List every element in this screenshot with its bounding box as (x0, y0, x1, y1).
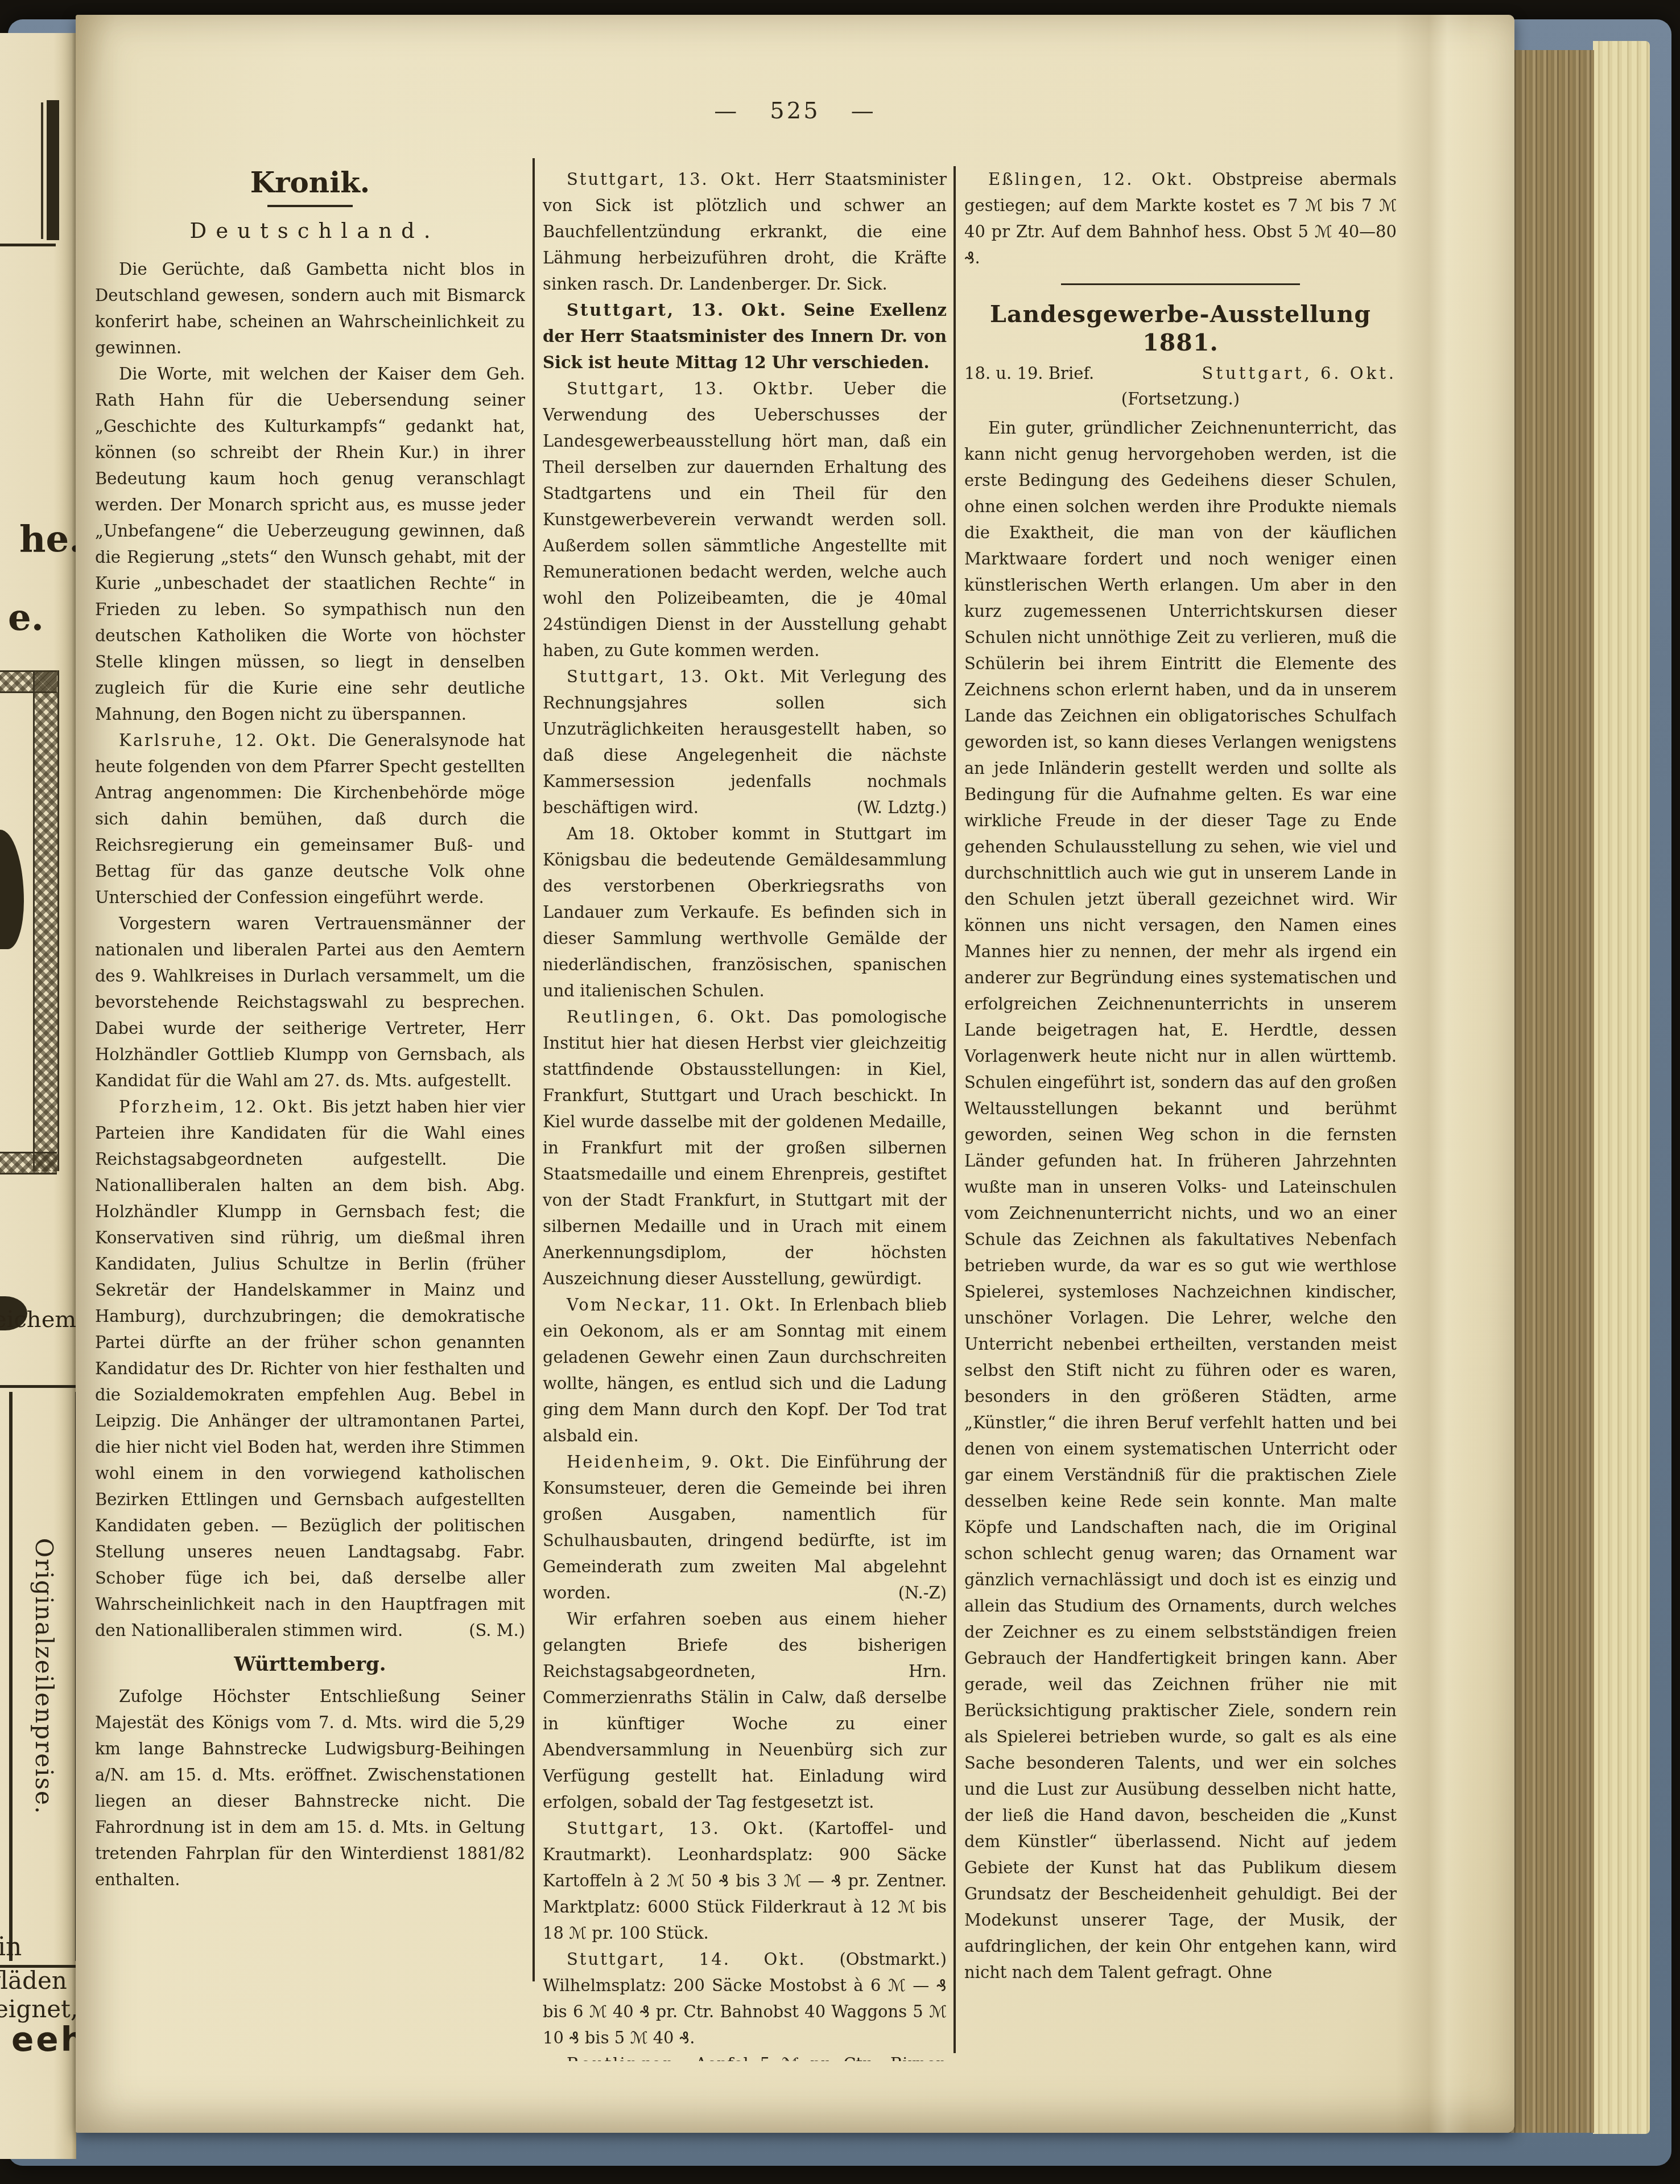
paragraph-source: (S. M.) (445, 1617, 525, 1643)
previous-page-rule-thick (47, 100, 59, 240)
page-crease (1396, 15, 1470, 2133)
article-byline: 18. u. 19. Brief.Stuttgart, 6. Okt. (964, 360, 1397, 386)
column-2: Stuttgart, 13. Okt. Herr Staatsminister … (543, 166, 947, 2061)
price-label-frame: Originalzeilenpreise. (9, 1392, 76, 1961)
news-paragraph: Ein guter, gründlicher Zeichnenunterrich… (964, 415, 1397, 1985)
byline-installment: 18. u. 19. Brief. (964, 360, 1094, 386)
paragraph-dateline: Stuttgart, 14. Okt. (567, 1950, 839, 1969)
prev-page-text-fragment: in (0, 1932, 22, 1962)
fore-edge-pages-cream (1593, 41, 1650, 2134)
news-paragraph: Die Gerüchte, daß Gambetta nicht blos in… (95, 256, 525, 361)
paragraph-dateline: Karlsruhe, 12. Okt. (119, 731, 328, 750)
fore-edge-pages-brown (1508, 50, 1594, 2133)
news-paragraph: Vom Neckar, 11. Okt. In Erlenbach blieb … (543, 1292, 947, 1449)
prev-page-text-fragment: e. (8, 596, 44, 639)
news-paragraph: Die Worte, mit welchen der Kaiser dem Ge… (95, 361, 525, 727)
paragraph-source: (W. Ldztg.) (833, 794, 947, 821)
news-paragraph: Stuttgart, 13. Okt. Seine Exellenz der H… (543, 297, 947, 376)
paragraph-dateline: Eßlingen, 12. Okt. (988, 170, 1212, 189)
page-number: —525— (76, 98, 1514, 124)
ornament-initial-fragment (0, 830, 24, 949)
prev-page-text-fragment: fläden (0, 1967, 67, 1995)
paragraph-dateline: Vom Neckar, 11. Okt. (567, 1295, 790, 1314)
ornament-border-right (33, 670, 59, 1171)
news-paragraph: Heidenheim, 9. Okt. Die Einführung der K… (543, 1449, 947, 1606)
column-3: Eßlingen, 12. Okt. Obstpreise abermals g… (964, 166, 1397, 2061)
page-number-dash: — (683, 98, 770, 124)
news-paragraph: Stuttgart, 13. Okt. (Kartoffel- und Krau… (543, 1815, 947, 1946)
news-paragraph: Reutlingen. Aepfel 5 ℳ pr. Ctr., Birnen … (543, 2051, 947, 2061)
news-paragraph: Eßlingen, 12. Okt. Obstpreise abermals g… (964, 166, 1397, 271)
news-paragraph: Zufolge Höchster Entschließung Seiner Ma… (95, 1683, 525, 1893)
prev-page-text-fragment: eichem (0, 1307, 76, 1333)
ornament-border-bottom (0, 1152, 57, 1175)
news-paragraph: Stuttgart, 14. Okt. (Obstmarkt.) Wilhelm… (543, 1946, 947, 2051)
continuation-note: (Fortsetzung.) (964, 386, 1397, 411)
paragraph-dateline: Stuttgart, 13. Okt. (567, 300, 803, 320)
page-number-dash: — (820, 98, 907, 124)
news-paragraph: Wir erfahren soeben aus einem hieher gel… (543, 1606, 947, 1815)
prev-page-text-fragment: eeh. (11, 2020, 76, 2059)
news-paragraph: Vorgestern waren Vertrauensmänner der na… (95, 910, 525, 1094)
byline-dateline: Stuttgart, 6. Okt. (1202, 360, 1397, 386)
book-photo: he. e. eichem Originalzeilenpreise. in f… (0, 0, 1680, 2184)
previous-page-edge: he. e. eichem Originalzeilenpreise. in f… (0, 33, 76, 2159)
newspaper-page: —525— Kronik.Deutschland.Die Gerüchte, d… (76, 15, 1514, 2133)
news-paragraph: Stuttgart, 13. Okt. Mit Verlegung des Re… (543, 664, 947, 821)
news-paragraph: Karlsruhe, 12. Okt. Die Generalsynode ha… (95, 727, 525, 910)
paragraph-dateline: Heidenheim, 9. Okt. (567, 1452, 781, 1472)
column-1: Kronik.Deutschland.Die Gerüchte, daß Gam… (95, 164, 525, 2059)
column-divider-2 (953, 166, 956, 2053)
news-paragraph: Reutlingen, 6. Okt. Das pomologische Ins… (543, 1004, 947, 1292)
news-paragraph: Pforzheim, 12. Okt. Bis jetzt haben hier… (95, 1094, 525, 1643)
paragraph-dateline: Stuttgart, 13. Okt. (567, 667, 780, 686)
previous-page-horizontal-rule (0, 244, 56, 246)
prev-page-text-fragment: he. (19, 518, 76, 561)
news-paragraph: Stuttgart, 13. Okt. Herr Staatsminister … (543, 166, 947, 297)
region-subheading: Württemberg. (95, 1651, 525, 1678)
paragraph-dateline: Stuttgart, 13. Oktbr. (567, 379, 843, 398)
paragraph-dateline: Reutlingen, 6. Okt. (567, 1007, 787, 1027)
section-divider-rule (1061, 283, 1300, 285)
prev-page-text-fragment: eignet, (0, 1995, 76, 2023)
paragraph-dateline: Pforzheim, 12. Okt. (119, 1097, 322, 1116)
country-heading: Deutschland. (95, 216, 525, 246)
heading-rule (267, 205, 353, 207)
paragraph-dateline: Stuttgart, 13. Okt. (567, 170, 774, 189)
feature-article-title: Landesgewerbe-Ausstellung 1881. (964, 300, 1397, 357)
column-divider-1 (533, 158, 535, 1981)
news-paragraph: Stuttgart, 13. Oktbr. Ueber die Verwendu… (543, 376, 947, 664)
page-number-value: 525 (770, 98, 820, 124)
previous-page-rule-thin (41, 102, 43, 239)
section-title: Kronik. (95, 166, 525, 199)
news-paragraph: Am 18. Oktober kommt in Stuttgart im Kön… (543, 821, 947, 1004)
paragraph-source: (N.-Z) (874, 1580, 947, 1606)
rotated-price-label: Originalzeilenpreise. (30, 1538, 58, 1815)
paragraph-dateline: Stuttgart, 13. Okt. (567, 1819, 808, 1838)
paragraph-dateline: Reutlingen. (567, 2054, 695, 2061)
